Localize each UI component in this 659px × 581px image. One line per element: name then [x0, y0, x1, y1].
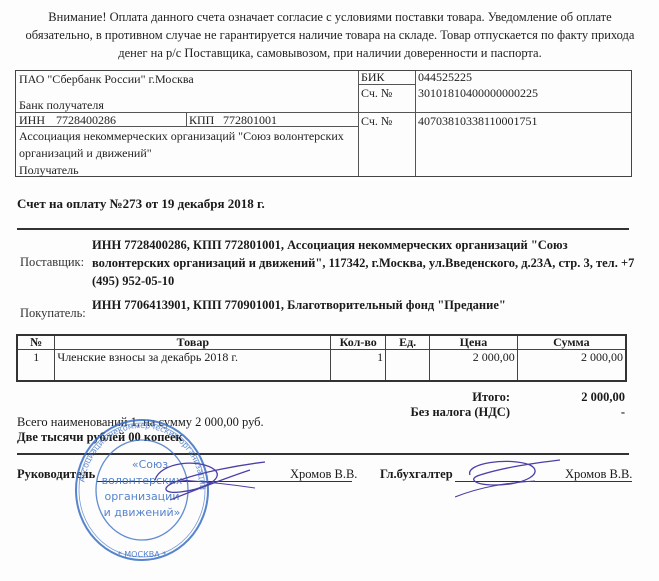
buyer-label: Покупатель: [20, 306, 86, 321]
kpp-value: 772801001 [223, 112, 277, 128]
bank-name: ПАО "Сбербанк России" г.Москва [19, 71, 194, 87]
tax-label: Без налога (НДС) [380, 405, 510, 420]
col-header-number: № [17, 335, 55, 350]
divider [358, 71, 359, 176]
row-sum: 2 000,00 [517, 350, 626, 382]
col-header-qty: Кол-во [331, 335, 386, 350]
accountant-name: Хромов В.В. [565, 467, 632, 482]
kpp-label: КПП [189, 112, 214, 128]
payment-notice: Внимание! Оплата данного счета означает … [20, 8, 640, 62]
bik-label: БИК [361, 69, 385, 85]
row-qty: 1 [331, 350, 386, 382]
recipient-name-line2: организаций и движений" [19, 145, 152, 161]
buyer-details: ИНН 7706413901, КПП 770901001, Благотвор… [92, 296, 506, 314]
supplier-line2: волонтерских организаций и движений", 11… [92, 254, 634, 272]
inn-label: ИНН [19, 112, 45, 128]
account-value: 40703810338110001751 [418, 113, 538, 129]
svg-text:* МОСКВА *: * МОСКВА * [118, 550, 167, 559]
divider [186, 112, 187, 126]
table-row: 1 Членские взносы за декабрь 2018 г. 1 2… [17, 350, 626, 382]
accountant-signature-icon [455, 455, 565, 500]
bik-value: 044525225 [418, 69, 472, 85]
row-unit [386, 350, 430, 382]
invoice-title: Счет на оплату №273 от 19 декабря 2018 г… [17, 196, 265, 212]
total-value: 2 000,00 [520, 390, 625, 405]
tax-value: - [520, 405, 625, 420]
table-header-row: № Товар Кол-во Ед. Цена Сумма [17, 335, 626, 350]
col-header-sum: Сумма [517, 335, 626, 350]
total-label: Итого: [380, 390, 510, 405]
row-price: 2 000,00 [430, 350, 518, 382]
col-header-item: Товар [55, 335, 331, 350]
col-header-price: Цена [430, 335, 518, 350]
bank-label: Банк получателя [19, 97, 104, 113]
inn-value: 7728400286 [56, 112, 116, 128]
bank-details-table: ПАО "Сбербанк России" г.Москва Банк полу… [15, 70, 632, 177]
row-item: Членские взносы за декабрь 2018 г. [55, 350, 331, 382]
recipient-name-line1: Ассоциация некоммерческих организаций "С… [19, 128, 344, 144]
row-number: 1 [17, 350, 55, 382]
items-table: № Товар Кол-во Ед. Цена Сумма 1 Членские… [16, 334, 627, 382]
supplier-line3: (495) 952-05-10 [92, 272, 634, 290]
recipient-label: Получатель [19, 162, 79, 178]
divider [415, 71, 416, 176]
supplier-label: Поставщик: [20, 255, 84, 270]
supplier-details: ИНН 7728400286, КПП 772801001, Ассоциаци… [92, 236, 634, 290]
accountant-label: Гл.бухгалтер [380, 467, 453, 482]
corr-account-value: 30101810400000000225 [418, 85, 538, 101]
corr-account-label: Сч. № [361, 85, 392, 101]
title-rule [17, 228, 629, 230]
supplier-line1: ИНН 7728400286, КПП 772801001, Ассоциаци… [92, 236, 634, 254]
director-signature-icon [140, 450, 270, 510]
director-name: Хромов В.В. [290, 467, 357, 482]
account-label: Сч. № [361, 113, 392, 129]
col-header-unit: Ед. [386, 335, 430, 350]
